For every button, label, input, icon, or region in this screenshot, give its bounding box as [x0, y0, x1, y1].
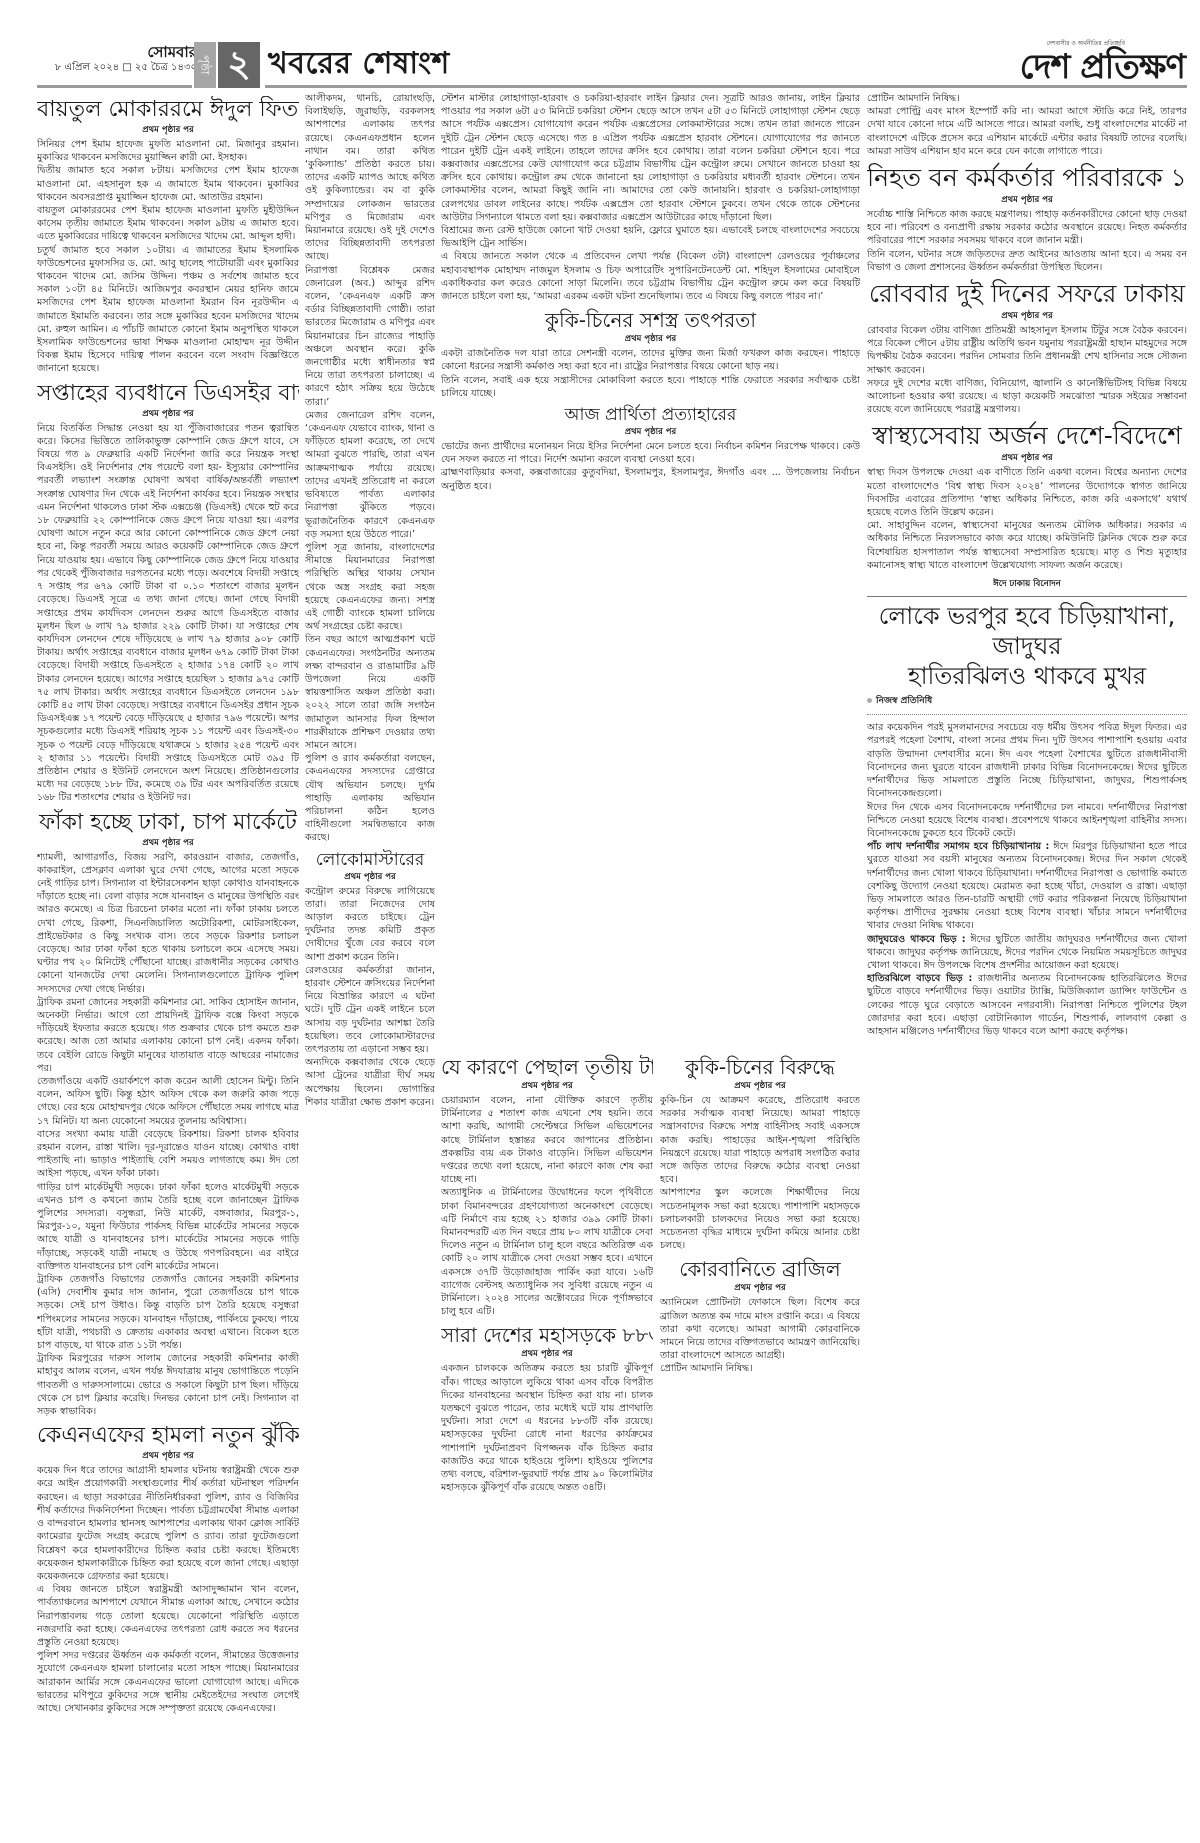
subhead: জাদুঘরেও থাকবে ভিড় :	[867, 934, 966, 945]
paragraph: আর কয়েকদিন পরই মুসলমানদের সবচেয়ে বড় ধ…	[867, 721, 1187, 800]
continued-from-label: প্রথম পৃষ্ঠার পর	[660, 1080, 860, 1092]
paragraph: মো. সাহাবুদ্দিন বলেন, স্বাস্থ্যসেবা মানু…	[867, 519, 1187, 572]
article-locomaster: লোকোমাস্টারের প্রথম পৃষ্ঠার পর কন্ট্রোল …	[305, 849, 435, 1109]
paragraph: আশপাশের স্কুল কলেজে শিক্ষার্থীদের নিয়ে …	[660, 1186, 860, 1252]
paragraph: ভোটের জন্য প্রার্থীদের মনোনয়ন নিয়ে ইসি…	[441, 440, 860, 466]
paragraph: নিয়ে বিতর্কিত সিদ্ধান্ত নেওয়া হয় যা প…	[37, 422, 299, 805]
paragraph: তিনি বলেন, সবাই এক হয়ে সন্ত্রাসীদের মোক…	[441, 374, 860, 400]
paragraph: পাঁচ লাখ দর্শনার্থীর সমাগম হবে চিড়িয়াখ…	[867, 840, 1187, 932]
paragraph: বায়তুল মোকাররমের পেশ ইমাম হাফেজ মাওলানা…	[37, 204, 299, 244]
headline: আজ প্রার্থিতা প্রত্যাহারের	[441, 404, 860, 426]
headline: কুকি-চিনের সশস্ত্র তৎপরতা	[441, 307, 860, 333]
bullet-icon	[867, 698, 872, 703]
article-highway-curves: সারা দেশের মহাসড়কে ৮৮৩ প্রথম পৃষ্ঠার পর…	[441, 1322, 653, 1494]
article-third-terminal: যে কারণে পেছাল তৃতীয় টার্মিনাল প্রথম পৃ…	[441, 1054, 653, 1318]
logo-wordmark: দেশ প্রতিক্ষণ	[1020, 48, 1185, 86]
header-rule-left	[37, 85, 192, 88]
paragraph-text: ঈদে মিরপুর চিড়িয়াখানা হতে পারে ঘুরতে য…	[867, 841, 1187, 931]
headline: রোববার দুই দিনের সফরে ঢাকায়	[867, 278, 1187, 310]
subhead: হাতিরঝিলে বাড়বে ভিড় :	[867, 973, 972, 984]
paragraph: শ্যামলী, আগারগাঁও, বিজয় সরণি, কারওয়ান …	[37, 851, 299, 996]
continued-from-label: প্রথম পৃষ্ঠার পর	[441, 426, 860, 438]
paragraph: ট্রাফিক তেজগাঁও বিভাগের তেজগাঁও জোনের সহ…	[37, 1273, 299, 1352]
headline: বায়তুল মোকাররমে ঈদুল ফিতরের ৫	[37, 96, 299, 124]
paragraph: অন্যদিকে কক্সবাজার থেকে ছেড়ে আসা ট্রেনে…	[305, 1056, 435, 1109]
headline: সারা দেশের মহাসড়কে ৮৮৩	[441, 1322, 653, 1348]
paragraph: রোববার বিকেল ৩টায় বাণিজ্য প্রতিমন্ত্রী …	[867, 324, 1187, 377]
continued-from-label: প্রথম পৃষ্ঠার পর	[867, 194, 1187, 206]
headline: কেএনএফের হামলা নতুন ঝুঁকি নতুন	[37, 1422, 299, 1450]
paragraph: এ বিষয় জানতে চাইলে স্বরাষ্ট্রমন্ত্রী আস…	[37, 1583, 299, 1649]
column-2: আলীকদম, থানচি, রোয়াংছড়ি, বিলাইছড়ি, জু…	[305, 92, 435, 1837]
masthead: সোমবার ৮ এপ্রিল ২০২৪ □ ২৫ চৈত্র ১৪৩০ পৃষ…	[0, 0, 1200, 90]
paragraph: ঈদের দিন থেকে এসব বিনোদনকেন্দ্রে দর্শনার…	[867, 801, 1187, 841]
continued-from-label: প্রথম পৃষ্ঠার পর	[305, 871, 435, 883]
column-3-bottom: যে কারণে পেছাল তৃতীয় টার্মিনাল প্রথম পৃ…	[441, 1050, 653, 1840]
continued-from-label: প্রথম পৃষ্ঠার পর	[867, 310, 1187, 322]
paragraph: কয়েক দিন ধরে তাদের আগ্রাসী হামলার ঘটনায…	[37, 1464, 299, 1583]
paragraph: প্রোটিন আমদানি নিষিদ্ধ।	[660, 1362, 860, 1375]
paragraph: কন্ট্রোল রুমের বিরুদ্ধে লাগিয়েছে তারা। …	[305, 885, 435, 964]
paragraph: পুলিশ সূত্র জানায়, বাংলাদেশের সীমান্তে …	[305, 541, 435, 633]
divider	[867, 596, 1187, 597]
paragraph: গাড়ির চাপ মার্কেটমুখী সড়কে। ঢাকা ফাঁকা…	[37, 1181, 299, 1273]
paragraph: জাদুঘরেও থাকবে ভিড় : ঈদের ছুটিতে জাতীয়…	[867, 933, 1187, 973]
article-knf-continued: আলীকদম, থানচি, রোয়াংছড়ি, বিলাইছড়ি, জু…	[305, 92, 435, 845]
article-against-kuki-chin: কুকি-চিনের বিরুদ্ধে প্রথম পৃষ্ঠার পর কুক…	[660, 1054, 860, 1252]
paragraph: পুলিশ সদর দপ্তরের ঊর্ধ্বতন এক কর্মকর্তা …	[37, 1649, 299, 1715]
paragraph: হাতিরঝিলে বাড়বে ভিড় : রাজধানীর অন্যতম …	[867, 972, 1187, 1038]
subhead: পাঁচ লাখ দর্শনার্থীর সমাগম হবে চিড়িয়াখ…	[867, 841, 1049, 852]
article-eid-entertainment: লোকে ভরপুর হবে চিড়িয়াখানা, জাদুঘর হাতি…	[867, 601, 1187, 1038]
date-block: সোমবার ৮ এপ্রিল ২০২৪ □ ২৫ চৈত্র ১৪৩০	[55, 44, 197, 75]
paragraph: ট্রাফিক মিরপুরের দারুস সালাম জোনের সহকার…	[37, 1352, 299, 1418]
continued-from-label: প্রথম পৃষ্ঠার পর	[37, 124, 299, 136]
paragraph: তিন বছর আগে আত্মপ্রকাশ ঘটে কেএনএফের। সংগ…	[305, 633, 435, 752]
headline: কোরবানিতে ব্রাজিল	[660, 1256, 860, 1282]
continued-from-label: প্রথম পৃষ্ঠার পর	[37, 408, 299, 420]
paragraph: স্বাস্থ্য দিবস উপলক্ষে দেওয়া এক বাণীতে …	[867, 466, 1187, 519]
paragraph: কুকি-চিন যে আক্রমণ করেছে, প্রতিরোধ করতে …	[660, 1094, 860, 1186]
continued-from-label: প্রথম পৃষ্ঠার পর	[441, 333, 860, 345]
headline-line-2: হাতিরঝিলও থাকবে মুখর	[867, 661, 1187, 691]
byline: নিজস্ব প্রতিনিধি	[867, 691, 1187, 715]
continued-from-label: প্রথম পৃষ্ঠার পর	[37, 837, 299, 849]
continued-from-label: প্রথম পৃষ্ঠার পর	[441, 1080, 653, 1092]
paragraph: একজন চালককে অতিক্রম করতে হয় চারটি ঝুঁকি…	[441, 1362, 653, 1494]
headline-line-1: লোকে ভরপুর হবে চিড়িয়াখানা, জাদুঘর	[867, 601, 1187, 661]
headline: যে কারণে পেছাল তৃতীয় টার্মিনাল	[441, 1054, 653, 1080]
continued-from-label: প্রথম পৃষ্ঠার পর	[660, 1282, 860, 1294]
paragraph: নিরাপত্তা বিশ্লেষক মেজর জেনারেল (অব.) আব…	[305, 264, 435, 409]
headline: কুকি-চিনের বিরুদ্ধে	[660, 1054, 860, 1080]
column-1: বায়তুল মোকাররমে ঈদুল ফিতরের ৫ প্রথম পৃষ…	[37, 92, 299, 1837]
paragraph: চতুর্থ জামাত হবে সকাল ১০টায়। এ জামাতের …	[37, 244, 299, 376]
paragraph: স্টেশন মাস্টার লোহাগাড়া-হারবাং ও চকরিয়…	[441, 92, 860, 224]
article-baitul-mukarram: বায়তুল মোকাররমে ঈদুল ফিতরের ৫ প্রথম পৃষ…	[37, 96, 299, 376]
paragraph: মেজর জেনারেল রশিদ বলেন, ‘কেএনএফ যেভাবে ব…	[305, 409, 435, 541]
headline: লোকোমাস্টারের	[305, 849, 435, 871]
headline: ফাঁকা হচ্ছে ঢাকা, চাপ মার্কেটে	[37, 809, 299, 837]
paragraph: আলীকদম, থানচি, রোয়াংছড়ি, বিলাইছড়ি, জু…	[305, 92, 435, 264]
paragraph: আমরা পোল্ট্রি এবং মাংস ইম্পোর্ট করি না। …	[867, 105, 1187, 158]
paragraph: তেজগাঁওয়ে একটি ওয়ার্কশপে কাজ করেন আলী …	[37, 1075, 299, 1128]
column-3-4-top: স্টেশন মাস্টার লোহাগাড়া-হারবাং ও চকরিয়…	[441, 92, 860, 1052]
paragraph: এ বিষয়ে জানতে সকাল থেকে এ প্রতিবেদন লেখ…	[441, 250, 860, 303]
continued-from-label: প্রথম পৃষ্ঠার পর	[441, 1348, 653, 1360]
page-number: ২	[218, 42, 260, 88]
article-brazil-qurbani: কোরবানিতে ব্রাজিল প্রথম পৃষ্ঠার পর অ্যান…	[660, 1256, 860, 1375]
weekday: সোমবার	[55, 44, 197, 61]
article-dhaka-empty: ফাঁকা হচ্ছে ঢাকা, চাপ মার্কেটে প্রথম পৃষ…	[37, 809, 299, 1419]
article-health-achievement: স্বাস্থ্যসেবায় অর্জন দেশে-বিদেশে প্রথম …	[867, 420, 1187, 572]
section-divider-label: ঈদে ঢাকায় বিনোদন	[867, 578, 1187, 590]
paragraph: চেয়ারম্যান বলেন, নানা যৌক্তিক কারণে তৃত…	[441, 1094, 653, 1186]
continued-from-label: প্রথম পৃষ্ঠার পর	[867, 452, 1187, 464]
paragraph: ব্রাহ্মণবাড়িয়ার কসবা, কক্সবাজারের কুতু…	[441, 466, 860, 492]
article-dhaka-visit: রোববার দুই দিনের সফরে ঢাকায় প্রথম পৃষ্ঠ…	[867, 278, 1187, 416]
article-kuki-chin-activity: কুকি-চিনের সশস্ত্র তৎপরতা প্রথম পৃষ্ঠার …	[441, 307, 860, 400]
paragraph: প্রোটিন আমদানি নিষিদ্ধ।	[867, 92, 1187, 105]
paragraph: ট্রাফিক রমনা জোনের সহকারী কমিশনার মো. সা…	[37, 996, 299, 1075]
section-title: খবরের শেষাংশ	[268, 42, 450, 86]
article-forest-officer: নিহত বন কর্মকর্তার পরিবারকে ১৫ লাখ প্রথম…	[867, 162, 1187, 274]
article-rail-control: স্টেশন মাস্টার লোহাগাড়া-হারবাং ও চকরিয়…	[441, 92, 860, 303]
paragraph: সর্বোচ্চ শাস্তি নিশ্চিতে কাজ করছে মন্ত্র…	[867, 208, 1187, 248]
newspaper-logo: দেশবাসীর ও অর্থনীতির প্রতিচ্ছবি দেশ প্রত…	[1020, 40, 1185, 86]
page-label: পৃষ্ঠা	[194, 42, 216, 88]
paragraph: দ্বিতীয় জামাত হবে সকাল ৮টায়। মসজিদের প…	[37, 164, 299, 204]
paragraph: সিনিয়র পেশ ইমাম হাফেজ মুফতি মাওলানা মো.…	[37, 138, 299, 164]
paragraph: বাসের সংখ্যা কমায় যাত্রী বেড়েছে রিকশায…	[37, 1128, 299, 1181]
paragraph: বিশ্রামের জন্য রেস্ট হাউজে কোনো খাট দেওয…	[441, 224, 860, 250]
paragraph: অ্যানিমেল প্রোটিনটা ফোকাসে ছিল। বিশেষ কর…	[660, 1296, 860, 1362]
column-4-bottom: কুকি-চিনের বিরুদ্ধে প্রথম পৃষ্ঠার পর কুক…	[660, 1050, 860, 1840]
article-beef-import: প্রোটিন আমদানি নিষিদ্ধ। আমরা পোল্ট্রি এব…	[867, 92, 1187, 158]
article-knf-attack: কেএনএফের হামলা নতুন ঝুঁকি নতুন প্রথম পৃষ…	[37, 1422, 299, 1715]
byline-text: নিজস্ব প্রতিনিধি	[876, 696, 932, 706]
paragraph: পুলিশ ও র‍্যাব কর্মকর্তারা বলছেন, কেএনএফ…	[305, 752, 435, 844]
paragraph: সফরে দুই দেশের মধ্যে বাণিজ্য, বিনিয়োগ, …	[867, 377, 1187, 417]
headline: স্বাস্থ্যসেবায় অর্জন দেশে-বিদেশে	[867, 420, 1187, 452]
issue-date: ৮ এপ্রিল ২০২৪ □ ২৫ চৈত্র ১৪৩০	[55, 61, 197, 75]
article-nomination: আজ প্রার্থিতা প্রত্যাহারের প্রথম পৃষ্ঠার…	[441, 404, 860, 493]
column-5: প্রোটিন আমদানি নিষিদ্ধ। আমরা পোল্ট্রি এব…	[867, 92, 1187, 1837]
paragraph: রেলওয়ের কর্মকর্তারা জানান, হারবাং স্টেশ…	[305, 964, 435, 1056]
paragraph: তিনি বলেন, ঘটনার সঙ্গে জড়িতদের দ্রুত আই…	[867, 248, 1187, 274]
paragraph: অত্যাধুনিক এ টার্মিনালের উদ্বোধনের ফলে প…	[441, 1186, 653, 1318]
article-dse-market: সপ্তাহের ব্যবধানে ডিএসইর বাজার প্রথম পৃষ…	[37, 380, 299, 805]
paragraph: একটা রাজনৈতিক দল যারা তারে সেশনস্ত্রী বল…	[441, 347, 860, 373]
continued-from-label: প্রথম পৃষ্ঠার পর	[37, 1450, 299, 1462]
headline: নিহত বন কর্মকর্তার পরিবারকে ১৫ লাখ	[867, 162, 1187, 194]
headline: সপ্তাহের ব্যবধানে ডিএসইর বাজার	[37, 380, 299, 408]
